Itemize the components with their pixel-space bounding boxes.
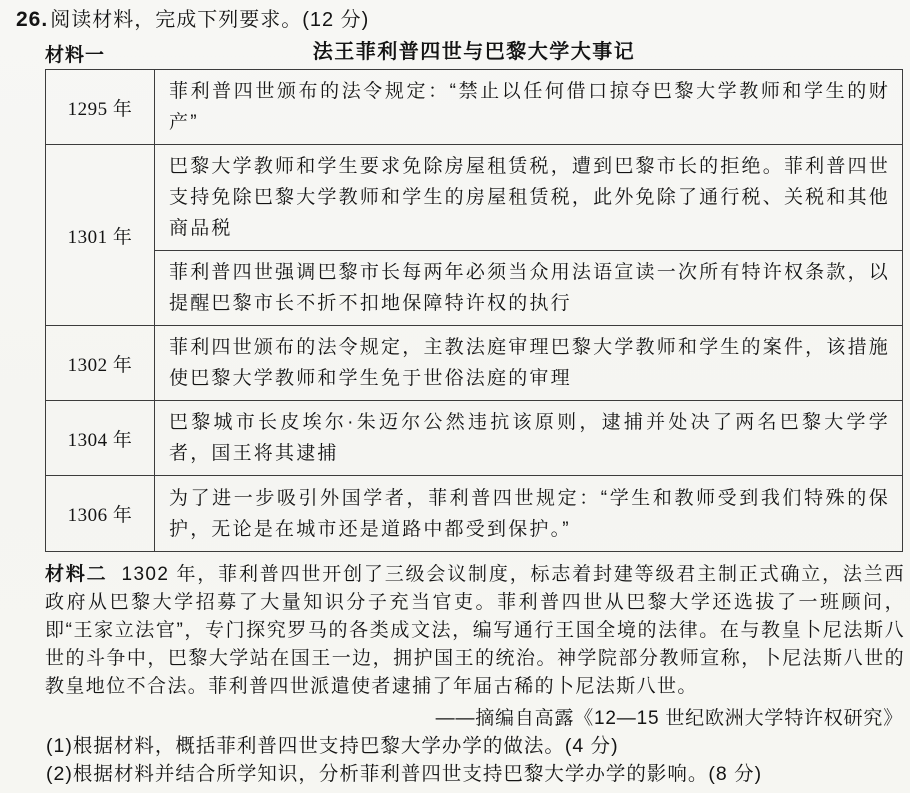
events-table: 1295 年菲利普四世颁布的法令规定：“禁止以任何借口掠夺巴黎大学教师和学生的财… [45, 69, 903, 552]
table-title: 法王菲利普四世与巴黎大学大事记 [45, 38, 903, 66]
event-cell: 菲利普四世强调巴黎市长每两年必须当众用法语宣读一次所有特许权条款，以提醒巴黎市长… [155, 251, 903, 326]
year-cell: 1306 年 [46, 476, 155, 552]
event-cell: 为了进一步吸引外国学者，菲利普四世规定：“学生和教师受到我们特殊的保护，无论是在… [155, 476, 903, 552]
question-instruction: 阅读材料，完成下列要求。(12 分) [50, 9, 369, 31]
table-row: 1306 年为了进一步吸引外国学者，菲利普四世规定：“学生和教师受到我们特殊的保… [46, 476, 903, 552]
year-cell: 1302 年 [46, 326, 155, 401]
material-two-paragraph: 材料二1302 年，菲利普四世开创了三级会议制度，标志着封建等级君主制正式确立，… [45, 561, 905, 701]
table-row: 菲利普四世强调巴黎市长每两年必须当众用法语宣读一次所有特许权条款，以提醒巴黎市长… [46, 251, 903, 326]
event-cell: 菲利普四世颁布的法令规定：“禁止以任何借口掠夺巴黎大学教师和学生的财产” [155, 70, 903, 145]
table-row: 1301 年巴黎大学教师和学生要求免除房屋租赁税，遭到巴黎市长的拒绝。菲利普四世… [46, 145, 903, 251]
question-number: 26. [16, 8, 48, 31]
sub-question-1: (1)根据材料，概括菲利普四世支持巴黎大学办学的做法。(4 分) [46, 733, 902, 760]
source-attribution: ——摘编自高露《12—15 世纪欧洲大学特许权研究》 [45, 705, 903, 732]
year-cell: 1295 年 [46, 70, 155, 145]
question-header: 26.阅读材料，完成下列要求。(12 分) [0, 0, 910, 34]
year-cell: 1301 年 [46, 145, 155, 326]
material-one-header: 材料一 法王菲利普四世与巴黎大学大事记 [45, 38, 903, 66]
material-one-label: 材料一 [45, 40, 105, 67]
table-row: 1304 年巴黎城市长皮埃尔·朱迈尔公然违抗该原则，逮捕并处决了两名巴黎大学学者… [46, 401, 903, 476]
material-two-label: 材料二 [45, 564, 107, 585]
exam-page: 26.阅读材料，完成下列要求。(12 分) 材料一 法王菲利普四世与巴黎大学大事… [0, 0, 910, 793]
event-cell: 巴黎大学教师和学生要求免除房屋租赁税，遭到巴黎市长的拒绝。菲利普四世支持免除巴黎… [155, 145, 903, 251]
sub-question-2: (2)根据材料并结合所学知识，分析菲利普四世支持巴黎大学办学的影响。(8 分) [46, 761, 902, 788]
table-row: 1295 年菲利普四世颁布的法令规定：“禁止以任何借口掠夺巴黎大学教师和学生的财… [46, 70, 903, 145]
event-cell: 巴黎城市长皮埃尔·朱迈尔公然违抗该原则，逮捕并处决了两名巴黎大学学者，国王将其逮… [155, 401, 903, 476]
material-two-text: 1302 年，菲利普四世开创了三级会议制度，标志着封建等级君主制正式确立，法兰西… [45, 564, 905, 697]
events-table-body: 1295 年菲利普四世颁布的法令规定：“禁止以任何借口掠夺巴黎大学教师和学生的财… [46, 70, 903, 552]
table-row: 1302 年菲利四世颁布的法令规定，主教法庭审理巴黎大学教师和学生的案件，该措施… [46, 326, 903, 401]
year-cell: 1304 年 [46, 401, 155, 476]
event-cell: 菲利四世颁布的法令规定，主教法庭审理巴黎大学教师和学生的案件，该措施使巴黎大学教… [155, 326, 903, 401]
